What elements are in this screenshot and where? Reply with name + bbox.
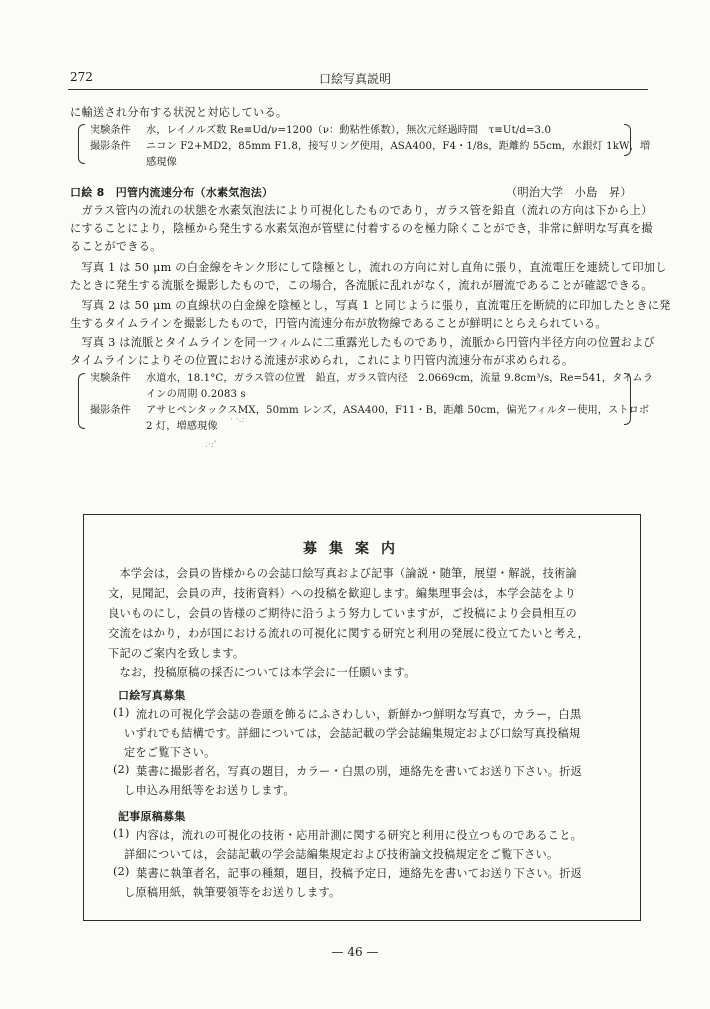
photo-section-heading: 口絵写真募集: [118, 687, 186, 703]
experiment-conditions-line: 水，レイノルズ数 Re≡Ud/ν=1200（ν：動粘性係数），無次元経過時間 τ…: [146, 121, 551, 136]
conditions-bracket-right: [624, 124, 631, 156]
paragraph-line: ガラス管内の流れの状態を水素気泡法により可視化したものであり，ガラス管を鉛直（流…: [70, 202, 653, 218]
conditions-bracket-left: [78, 124, 85, 164]
item-line: 詳細については，会誌記載の学会誌編集規定および技術論文投稿規定をご覧下さい。: [124, 846, 558, 862]
item-line: 定をご覧下さい。: [124, 744, 216, 760]
item-line: し申込み用紙等をお送りします。: [124, 782, 295, 798]
notice-intro-line: なお，投稿原稿の採否については本学会に一任願います。: [108, 664, 416, 680]
photo-conditions-label: 撮影条件: [90, 137, 131, 152]
item-line: し原稿用紙，執筆要領等をお送りします。: [124, 884, 340, 900]
item-number: (2): [113, 865, 130, 878]
paragraph-line: タイムラインによりその位置における流速が求められ，これにより円管内流速分布が求め…: [70, 352, 573, 368]
photo-conditions-line: 感現像: [146, 153, 177, 168]
notice-intro-line: 交流をはかり，わが国における流れの可視化に関する研究と利用の発展に役立てたいと考…: [108, 625, 589, 641]
item-line: いずれでも結構です。詳細については，会誌記載の学会誌編集規定および口絵写真投稿規: [124, 725, 580, 741]
notice-intro-line: 文，見聞記，会員の声，技術資料）への投稿を歓迎します。編集理事会は，本学会誌をよ…: [108, 585, 576, 601]
conditions-bracket-right: [624, 373, 631, 425]
paragraph-line: 写真 2 は 50 μm の直線状の白金線を陰極とし，写真 1 と同じように張り…: [70, 297, 671, 313]
article-section-heading: 記事原稿募集: [118, 808, 186, 824]
author-affiliation: （明治大学 小島 昇）: [506, 184, 632, 200]
conditions-bracket-left: [78, 373, 85, 429]
item-line: 葉書に撮影者名，写真の題目，カラー・白黒の別，連絡先を書いてお送り下さい。折返: [136, 763, 582, 779]
photo-conditions-line: アサヒペンタックスMX，50mm レンズ，ASA400，F11・B，距離 50c…: [146, 401, 649, 416]
experiment-conditions-label: 実験条件: [90, 369, 131, 384]
notice-intro-line: 本学会は，会員の皆様からの会誌口絵写真および記事（論説・随筆，展望・解説，技術論: [108, 565, 577, 581]
paragraph-line: 写真 3 は流脈とタイムラインを同一フィルムに二重露光したものであり，流脈から円…: [70, 334, 655, 350]
scan-speck: · ·.:: [230, 415, 244, 425]
item-number: (1): [113, 827, 130, 840]
notice-intro-line: 良いものにし，会員の皆様のご期待に沿うよう努力していますが，ご投稿により会員相互…: [108, 605, 577, 621]
paragraph-line: 写真 1 は 50 μm の白金線をキンク形にして陰極とし，流れの方向に対し直角…: [70, 259, 667, 275]
experiment-conditions-line: インの周期 0.2083 s: [146, 385, 246, 400]
item-number: (2): [113, 763, 130, 776]
item-line: 葉書に執筆者名，記事の種類，題目，投稿予定日，連絡先を書いてお送り下さい。折返: [136, 865, 582, 881]
running-title: 口絵写真説明: [0, 70, 710, 87]
scan-speck: .·:': [205, 440, 216, 450]
header-rule: [68, 89, 648, 90]
experiment-conditions-line: 水道水，18.1°C，ガラス管の位置 鉛直，ガラス管内径 2.0669cm，流量…: [146, 369, 653, 384]
section-heading: 口絵 8 円管内流速分布（水素気泡法）: [70, 184, 273, 200]
notice-intro-line: 下記のご案内を致します。: [108, 645, 244, 661]
paragraph-line: 生するタイムラインを撮影したもので，円管内流速分布が放物線であることが鮮明にとら…: [70, 315, 607, 331]
footer-page-marker: — 46 —: [0, 945, 710, 959]
item-number: (1): [113, 706, 130, 719]
photo-conditions-line: ニコン F2+MD2，85mm F1.8，接写リング使用，ASA400，F4・1…: [146, 137, 650, 152]
notice-title: 募集案内: [0, 538, 710, 558]
photo-conditions-line: 2 灯，増感現像: [146, 417, 218, 432]
paragraph-line: たときに発生する流脈を撮影したもので，この場合，各流脈に乱れがなく，流れが層流で…: [70, 277, 653, 293]
continuation-text: に輸送され分布する状況と対応している。: [70, 104, 287, 120]
experiment-conditions-label: 実験条件: [90, 121, 131, 136]
paragraph-line: ることができる。: [70, 238, 162, 254]
paragraph-line: にすることにより，陰極から発生する水素気泡が管壁に付着するのを極力除くことができ…: [70, 220, 653, 236]
item-line: 内容は，流れの可視化の技術・応用計測に関する研究と利用に役立つものであること。: [136, 827, 582, 843]
item-line: 流れの可視化学会誌の巻頭を飾るにふさわしい，新鮮かつ鮮明な写真で，カラー，白黒: [136, 706, 581, 722]
photo-conditions-label: 撮影条件: [90, 401, 131, 416]
